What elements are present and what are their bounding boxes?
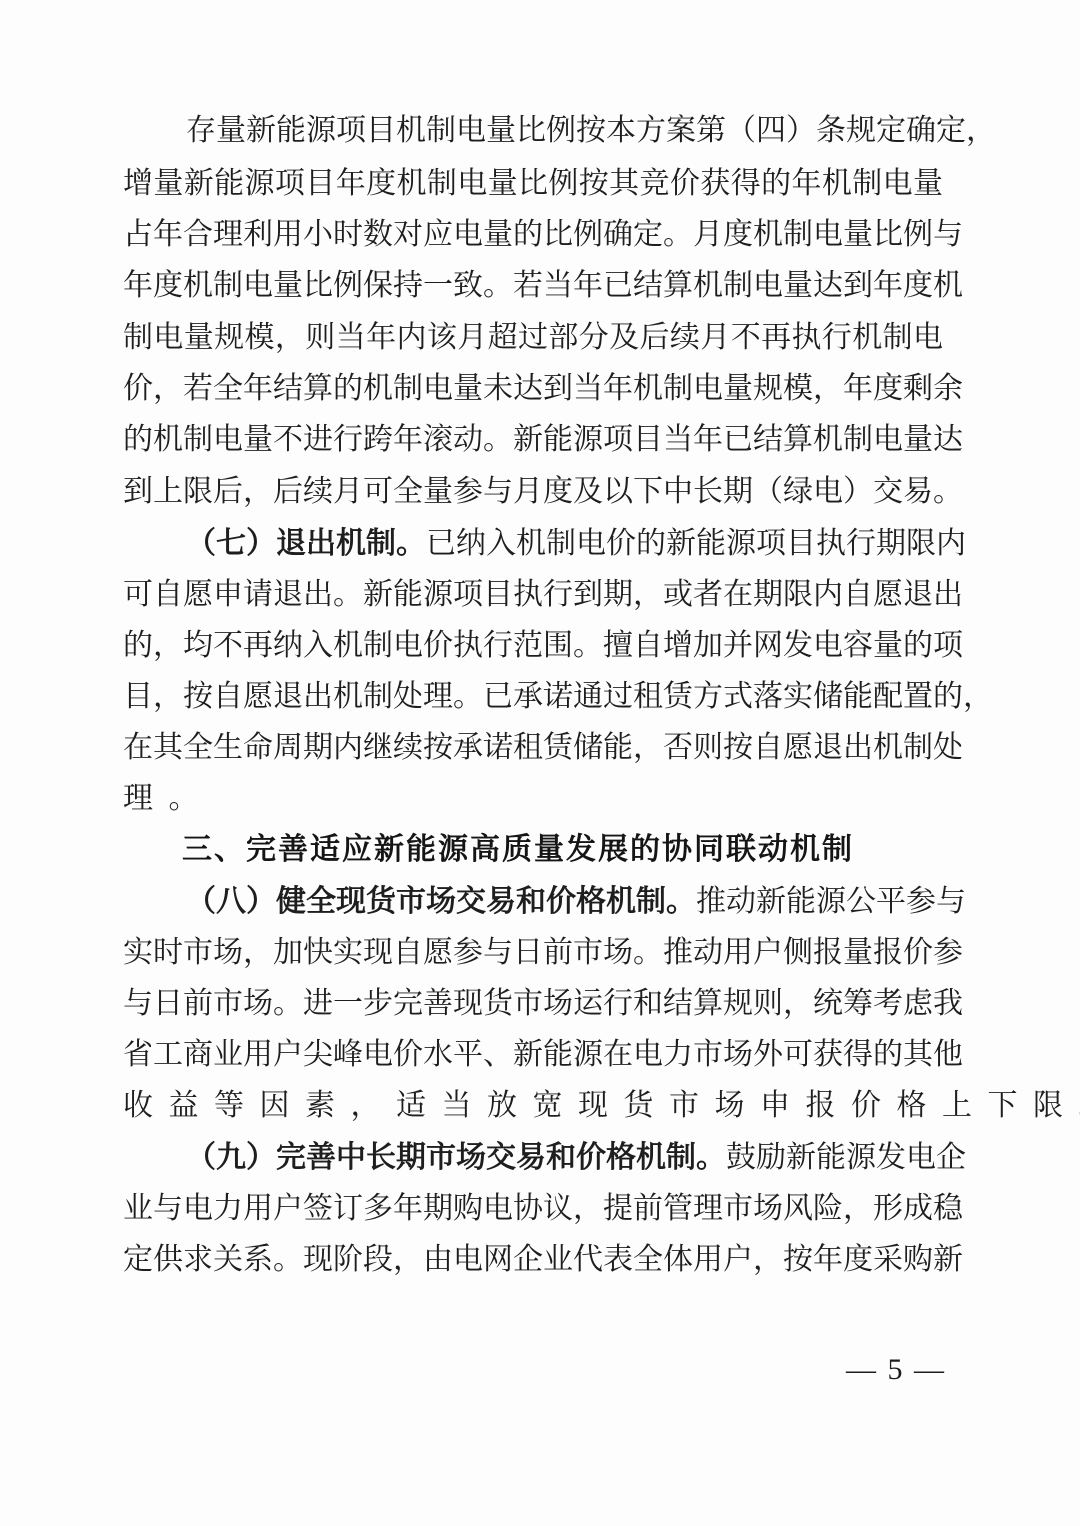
clause-title-spot-market: （八）健全现货市场交易和价格机制。: [186, 884, 696, 919]
section-heading: 三、完善适应新能源高质量发展的协同联动机制: [182, 824, 854, 875]
paragraph-2-line-4: 目，按自愿退出机制处理。已承诺通过租赁方式落实储能配置的，: [123, 671, 943, 722]
paragraph-1-line-1: 存量新能源项目机制电量比例按本方案第（四）条规定确定，: [186, 105, 943, 156]
paragraph-2-line-5: 在其全生命周期内继续按承诺租赁储能，否则按自愿退出机制处: [123, 722, 943, 773]
paragraph-2-line-3: 的，均不再纳入机制电价执行范围。擅自增加并网发电容量的项: [123, 620, 943, 671]
paragraph-4-line-3: 定供求关系。现阶段，由电网企业代表全体用户，按年度采购新: [123, 1234, 943, 1285]
page-number: — 5 —: [846, 1350, 946, 1390]
paragraph-4-line-1-rest: 鼓励新能源发电企: [726, 1140, 966, 1175]
paragraph-3-line-1-rest: 推动新能源公平参与: [696, 884, 966, 919]
paragraph-3-line-1: （八）健全现货市场交易和价格机制。推动新能源公平参与: [186, 876, 943, 927]
paragraph-1-line-7: 的机制电量不进行跨年滚动。新能源项目当年已结算机制电量达: [123, 414, 943, 465]
paragraph-3-line-2: 实时市场，加快实现自愿参与日前市场。推动用户侧报量报价参: [123, 927, 943, 978]
paragraph-1-line-2: 增量新能源项目年度机制电量比例按其竞价获得的年机制电量: [123, 158, 943, 209]
paragraph-1-line-6: 价，若全年结算的机制电量未达到当年机制电量规模，年度剩余: [123, 363, 943, 414]
paragraph-1-line-4: 年度机制电量比例保持一致。若当年已结算机制电量达到年度机: [123, 260, 943, 311]
paragraph-4-line-1: （九）完善中长期市场交易和价格机制。鼓励新能源发电企: [186, 1132, 943, 1183]
paragraph-3-line-4: 省工商业用户尖峰电价水平、新能源在电力市场外可获得的其他: [123, 1029, 943, 1080]
paragraph-2-line-1-rest: 已纳入机制电价的新能源项目执行期限内: [426, 526, 966, 561]
document-page: 存量新能源项目机制电量比例按本方案第（四）条规定确定， 增量新能源项目年度机制电…: [0, 0, 1080, 1526]
paragraph-2-line-6: 理。: [123, 773, 943, 824]
paragraph-3-line-3: 与日前市场。进一步完善现货市场运行和结算规则，统筹考虑我: [123, 978, 943, 1029]
paragraph-1-line-8: 到上限后，后续月可全量参与月度及以下中长期（绿电）交易。: [123, 466, 943, 517]
paragraph-3-line-5: 收益等因素，适当放宽现货市场申报价格上下限。: [123, 1080, 943, 1131]
paragraph-2-line-1: （七）退出机制。已纳入机制电价的新能源项目执行期限内: [186, 518, 943, 569]
paragraph-4-line-2: 业与电力用户签订多年期购电协议，提前管理市场风险，形成稳: [123, 1183, 943, 1234]
clause-title-exit-mechanism: （七）退出机制。: [186, 526, 426, 561]
paragraph-2-line-2: 可自愿申请退出。新能源项目执行到期，或者在期限内自愿退出: [123, 569, 943, 620]
clause-title-medium-long-term-market: （九）完善中长期市场交易和价格机制。: [186, 1140, 726, 1175]
paragraph-1-line-5: 制电量规模，则当年内该月超过部分及后续月不再执行机制电: [123, 312, 943, 363]
paragraph-1-line-3: 占年合理利用小时数对应电量的比例确定。月度机制电量比例与: [123, 209, 943, 260]
